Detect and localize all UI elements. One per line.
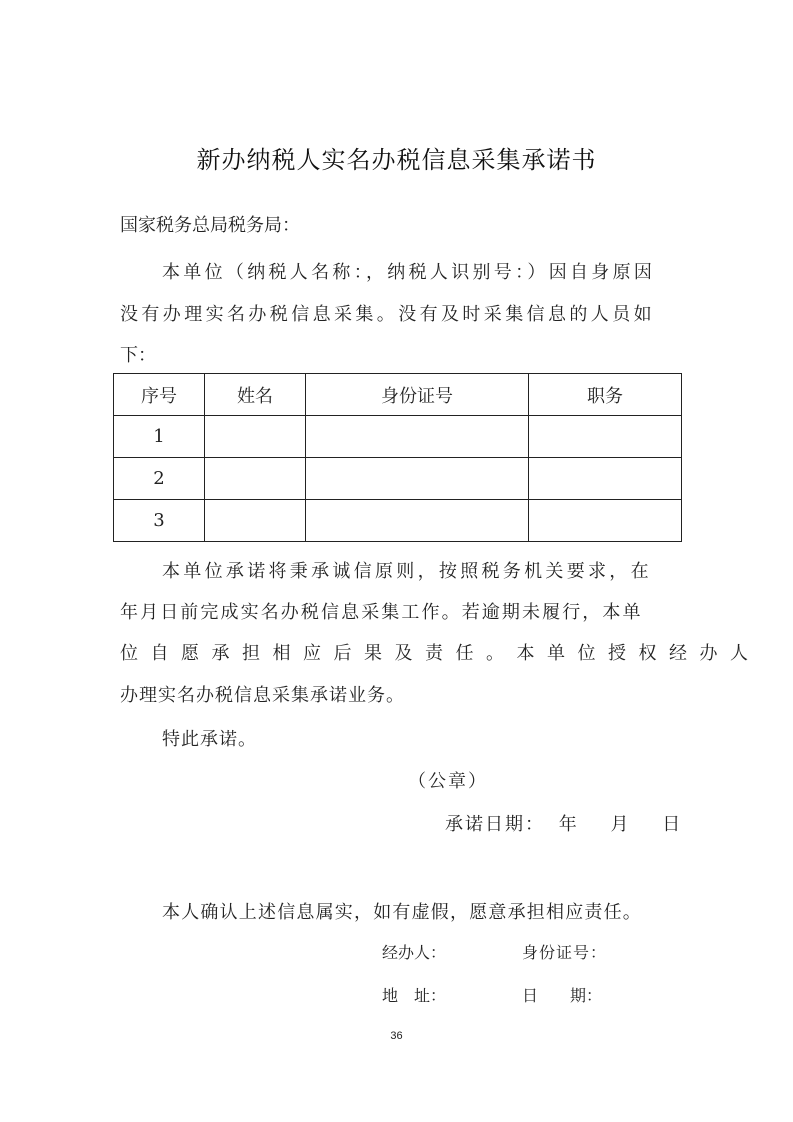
header-id-number: 身份证号 xyxy=(306,374,529,416)
agent-label: 经办人： xyxy=(382,940,446,963)
cell-name[interactable] xyxy=(205,458,306,500)
cell-id-number[interactable] xyxy=(306,458,529,500)
document-title: 新办纳税人实名办税信息采集承诺书 xyxy=(0,140,793,175)
address-label: 地 址： xyxy=(382,983,446,1006)
id-number-label: 身份证号： xyxy=(522,940,607,963)
confirmation-statement: 本人确认上述信息属实，如有虚假，愿意承担相应责任。 xyxy=(162,898,642,924)
table-row: 1 xyxy=(114,416,682,458)
table-row: 2 xyxy=(114,458,682,500)
header-name: 姓名 xyxy=(205,374,306,416)
header-index: 序号 xyxy=(114,374,205,416)
paragraph-1-line-2: 没有办理实名办税信息采集。没有及时采集信息的人员如 xyxy=(120,300,655,326)
paragraph-2-line-2: 年月日前完成实名办税信息采集工作。若逾期未履行，本单 xyxy=(120,598,643,624)
paragraph-1-line-1: 本单位（纳税人名称：，纳税人识别号：）因自身原因 xyxy=(162,258,678,284)
cell-index: 1 xyxy=(114,416,205,458)
commit-date-year: 年 xyxy=(559,814,577,835)
paragraph-text: 本单位（纳税人名称：，纳税人识别号：）因自身原因 xyxy=(162,258,655,284)
cell-position[interactable] xyxy=(529,458,682,500)
addressee: 国家税务总局税务局： xyxy=(120,211,300,237)
personnel-table: 序号 姓名 身份证号 职务 1 2 3 xyxy=(113,373,682,542)
paragraph-2-line-1: 本单位承诺将秉承诚信原则，按照税务机关要求，在 xyxy=(162,557,652,583)
closing-statement: 特此承诺。 xyxy=(162,725,257,751)
commit-date-month: 月 xyxy=(610,814,628,835)
cell-index: 3 xyxy=(114,500,205,542)
official-seal-label: （公章） xyxy=(408,767,488,793)
paragraph-2-line-4: 办理实名办税信息采集承诺业务。 xyxy=(120,681,405,707)
cell-index: 2 xyxy=(114,458,205,500)
table-row: 3 xyxy=(114,500,682,542)
cell-name[interactable] xyxy=(205,500,306,542)
paragraph-2-line-3: 位自愿承担相应后果及责任。本单位授权经办人 xyxy=(120,639,761,665)
table-header-row: 序号 姓名 身份证号 职务 xyxy=(114,374,682,416)
paragraph-1-line-3: 下： xyxy=(120,341,156,367)
cell-name[interactable] xyxy=(205,416,306,458)
cell-position[interactable] xyxy=(529,416,682,458)
commit-date-label: 承诺日期： xyxy=(445,814,545,835)
header-position: 职务 xyxy=(529,374,682,416)
cell-position[interactable] xyxy=(529,500,682,542)
date-label: 日 期： xyxy=(522,983,602,1006)
commit-date-day: 日 xyxy=(662,814,680,835)
cell-id-number[interactable] xyxy=(306,500,529,542)
page-number: 36 xyxy=(0,1030,793,1042)
cell-id-number[interactable] xyxy=(306,416,529,458)
commit-date-row: 承诺日期： 年 月 日 xyxy=(445,810,680,836)
